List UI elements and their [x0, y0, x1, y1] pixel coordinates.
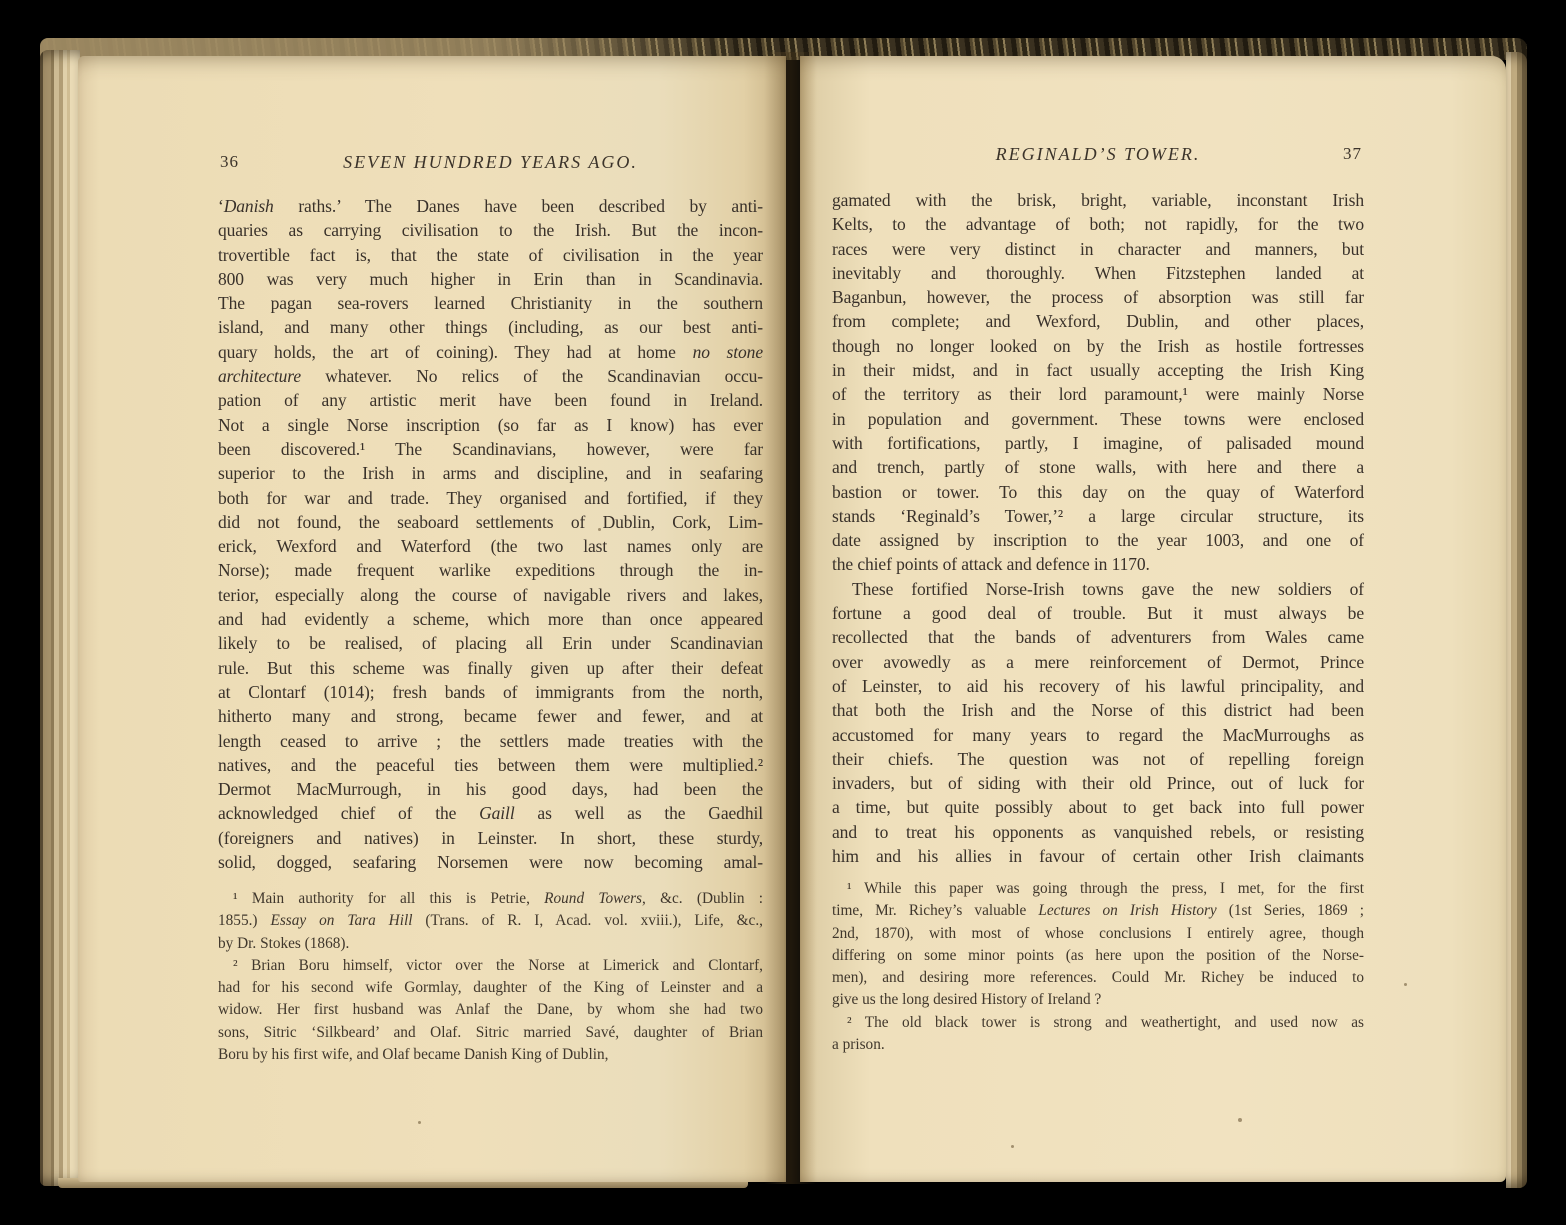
text-line: that both the Irish and the Norse of thi… — [832, 698, 1364, 722]
paper-speckle — [418, 1121, 421, 1124]
text-line: ² The old black tower is strong and weat… — [832, 1012, 1364, 1034]
running-title-left: SEVEN HUNDRED YEARS AGO. — [218, 152, 763, 173]
text-line: in population and government. These town… — [832, 407, 1364, 431]
text-line: Dermot MacMurrough, in his good days, ha… — [218, 777, 763, 801]
text-line: The pagan sea-rovers learned Christianit… — [218, 291, 763, 315]
text-line: him and his allies in favour of certain … — [832, 844, 1364, 868]
text-line: differing on some minor points (as here … — [832, 945, 1364, 967]
paper-speckle — [1011, 1145, 1014, 1148]
page-right-body: gamated with the brisk, bright, variable… — [832, 188, 1364, 868]
text-line: ¹ Main authority for all this is Petrie,… — [218, 888, 763, 910]
text-line: acknowledged chief of the Gaill as well … — [218, 801, 763, 825]
text-line: their chiefs. The question was not of re… — [832, 747, 1364, 771]
left-page-stack-edge — [40, 50, 80, 1186]
text-line: widow. Her first husband was Anlaf the D… — [218, 999, 763, 1021]
running-title-right: REGINALD’S TOWER. — [832, 144, 1364, 165]
text-line: quary holds, the art of coining). They h… — [218, 340, 763, 364]
paper-speckle — [1404, 983, 1407, 986]
text-line: erick, Wexford and Waterford (the two la… — [218, 534, 763, 558]
right-page-stack-edge — [1506, 52, 1527, 1188]
text-line: Norse); made frequent warlike expedition… — [218, 558, 763, 582]
text-line: (foreigners and natives) in Leinster. In… — [218, 826, 763, 850]
text-line: races were very distinct in character an… — [832, 237, 1364, 261]
text-line: superior to the Irish in arms and discip… — [218, 461, 763, 485]
text-line: These fortified Norse-Irish towns gave t… — [832, 577, 1364, 601]
text-line: a time, but quite possibly about to get … — [832, 795, 1364, 819]
page-left-footnotes: ¹ Main authority for all this is Petrie,… — [218, 888, 763, 1066]
text-line: gamated with the brisk, bright, variable… — [832, 188, 1364, 212]
text-line: sons, Sitric ‘Silkbeard’ and Olaf. Sitri… — [218, 1022, 763, 1044]
text-line: from complete; and Wexford, Dublin, and … — [832, 309, 1364, 333]
text-line: men), and desiring more references. Coul… — [832, 967, 1364, 989]
text-line: stands ‘Reginald’s Tower,’² a large circ… — [832, 504, 1364, 528]
text-line: in their midst, and in fact usually acce… — [832, 358, 1364, 382]
text-line: quaries as carrying civilisation to the … — [218, 218, 763, 242]
text-line: by Dr. Stokes (1868). — [218, 933, 763, 955]
text-line: Not a single Norse inscription (so far a… — [218, 413, 763, 437]
page-left: 36 SEVEN HUNDRED YEARS AGO. ‘Danish rath… — [78, 56, 786, 1182]
text-line: time, Mr. Richey’s valuable Lectures on … — [832, 900, 1364, 922]
text-line: ¹ While this paper was going through the… — [832, 878, 1364, 900]
text-line: with fortifications, partly, I imagine, … — [832, 431, 1364, 455]
text-line: at Clontarf (1014); fresh bands of immig… — [218, 680, 763, 704]
page-right-footnotes: ¹ While this paper was going through the… — [832, 878, 1364, 1056]
text-line: had for his second wife Gormlay, daughte… — [218, 977, 763, 999]
page-left-body: ‘Danish raths.’ The Danes have been desc… — [218, 194, 763, 874]
text-line: terior, especially along the course of n… — [218, 583, 763, 607]
text-line: both for war and trade. They organised a… — [218, 486, 763, 510]
text-line: ‘Danish raths.’ The Danes have been desc… — [218, 194, 763, 218]
text-line: pation of any artistic merit have been f… — [218, 388, 763, 412]
text-line: the chief points of attack and defence i… — [832, 552, 1364, 576]
text-line: length ceased to arrive ; the settlers m… — [218, 729, 763, 753]
text-line: recollected that the bands of adventurer… — [832, 625, 1364, 649]
text-line: Baganbun, however, the process of absorp… — [832, 285, 1364, 309]
text-line: rule. But this scheme was finally given … — [218, 656, 763, 680]
text-line: Kelts, to the advantage of both; not rap… — [832, 212, 1364, 236]
text-line: fortune a good deal of trouble. But it m… — [832, 601, 1364, 625]
page-left-header: 36 SEVEN HUNDRED YEARS AGO. — [218, 152, 763, 178]
text-line: ² Brian Boru himself, victor over the No… — [218, 955, 763, 977]
text-line: over avowedly as a mere reinforcement of… — [832, 650, 1364, 674]
page-right: REGINALD’S TOWER. 37 gamated with the br… — [800, 56, 1506, 1182]
text-line: 2nd, 1870), with most of whose conclusio… — [832, 923, 1364, 945]
text-line: inevitably and thoroughly. When Fitzstep… — [832, 261, 1364, 285]
text-line: 800 was very much higher in Erin than in… — [218, 267, 763, 291]
text-line: architecture whatever. No relics of the … — [218, 364, 763, 388]
text-line: though no longer looked on by the Irish … — [832, 334, 1364, 358]
text-line: island, and many other things (including… — [218, 315, 763, 339]
text-line: bastion or tower. To this day on the qua… — [832, 480, 1364, 504]
text-line: been discovered.¹ The Scandinavians, how… — [218, 437, 763, 461]
text-line: 1855.) Essay on Tara Hill (Trans. of R. … — [218, 910, 763, 932]
paper-speckle — [1238, 1118, 1242, 1122]
text-line: Boru by his first wife, and Olaf became … — [218, 1044, 763, 1066]
text-line: and to treat his opponents as vanquished… — [832, 820, 1364, 844]
photo-background: 36 SEVEN HUNDRED YEARS AGO. ‘Danish rath… — [0, 0, 1566, 1225]
text-line: and had evidently a scheme, which more t… — [218, 607, 763, 631]
text-line: natives, and the peaceful ties between t… — [218, 753, 763, 777]
page-right-header: REGINALD’S TOWER. 37 — [832, 144, 1364, 170]
text-line: hitherto many and strong, became fewer a… — [218, 704, 763, 728]
text-line: accustomed for many years to regard the … — [832, 723, 1364, 747]
text-line: invaders, but of siding with their old P… — [832, 771, 1364, 795]
text-line: give us the long desired History of Irel… — [832, 989, 1364, 1011]
text-line: a prison. — [832, 1034, 1364, 1056]
text-line: of Leinster, to aid his recovery of his … — [832, 674, 1364, 698]
text-line: solid, dogged, seafaring Norsemen were n… — [218, 850, 763, 874]
text-line: date assigned by inscription to the year… — [832, 528, 1364, 552]
text-line: did not found, the seaboard settlements … — [218, 510, 763, 534]
paper-speckle — [598, 528, 601, 531]
text-line: trovertible fact is, that the state of c… — [218, 243, 763, 267]
page-number-right: 37 — [1343, 144, 1362, 164]
text-line: and trench, partly of stone walls, with … — [832, 455, 1364, 479]
text-line: of the territory as their lord paramount… — [832, 382, 1364, 406]
text-line: likely to be realised, of placing all Er… — [218, 631, 763, 655]
